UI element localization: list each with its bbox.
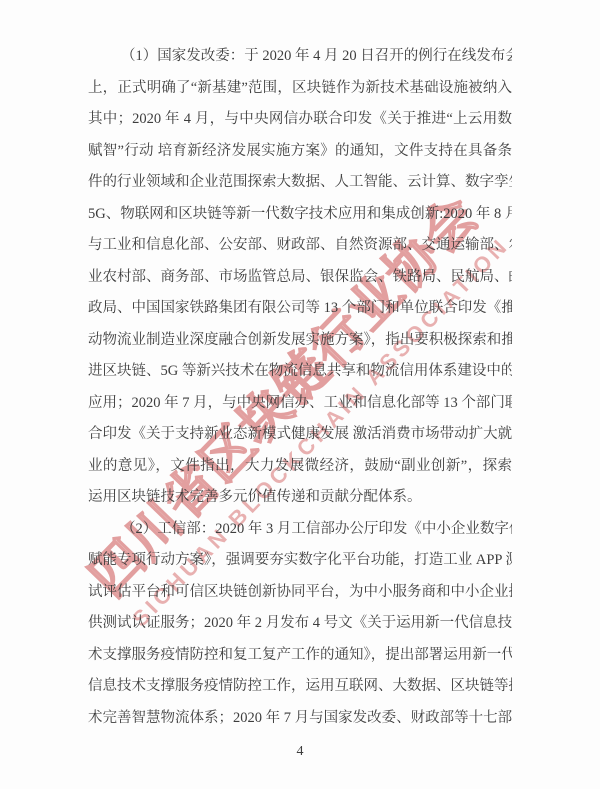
text-line: 应用；2020 年 7 月，与中央网信办、工业和信息化部等 13 个部门联 (88, 388, 512, 420)
text-line: 供测试认证服务；2020 年 2 月发布 4 号文《关于运用新一代信息技 (88, 608, 512, 640)
text-line: 术支撑服务疫情防控和复工复产工作的通知》，提出部署运用新一代 (88, 640, 512, 672)
text-line: 运用区块链技术完善多元价值传递和贡献分配体系。 (88, 482, 512, 514)
text-line: 动物流业制造业深度融合创新发展实施方案》，指出要积极探索和推 (88, 325, 512, 357)
text-line: （1）国家发改委：于 2020 年 4 月 20 日召开的例行在线发布会 (88, 41, 512, 73)
document-page: 四川省区块链行业协会 SICHUAN BLOCKCHAIN ASSOCIATIO… (0, 0, 600, 789)
text-line: 政局、中国国家铁路集团有限公司等 13 个部门和单位联合印发《推 (88, 293, 512, 325)
text-line: （2）工信部：2020 年 3 月工信部办公厅印发《中小企业数字化 (88, 514, 512, 546)
text-line: 进区块链、5G 等新兴技术在物流信息共享和物流信用体系建设中的 (88, 356, 512, 388)
text-line: 合印发《关于支持新业态新模式健康发展 激活消费市场带动扩大就 (88, 419, 512, 451)
text-line: 信息技术支撑服务疫情防控工作，运用互联网、大数据、区块链等技 (88, 671, 512, 703)
text-line: 业农村部、商务部、市场监管总局、银保监会、铁路局、民航局、邮 (88, 262, 512, 294)
text-line: 与工业和信息化部、公安部、财政部、自然资源部、交通运输部、农 (88, 230, 512, 262)
text-line: 术完善智慧物流体系；2020 年 7 月与国家发改委、财政部等十七部 (88, 703, 512, 735)
text-line: 试评估平台和可信区块链创新协同平台，为中小服务商和中小企业提 (88, 577, 512, 609)
text-line: 赋能专项行动方案》，强调要夯实数字化平台功能，打造工业 APP 测 (88, 545, 512, 577)
text-line: 上，正式明确了“新基建”范围，区块链作为新技术基础设施被纳入 (88, 73, 512, 105)
text-line: 件的行业领域和企业范围探索大数据、人工智能、云计算、数字孪生、 (88, 167, 512, 199)
page-number: 4 (0, 744, 600, 760)
text-line: 其中；2020 年 4 月，与中央网信办联合印发《关于推进“上云用数 (88, 104, 512, 136)
text-line: 业的意见》，文件指出，大力发展微经济，鼓励“副业创新”，探索 (88, 451, 512, 483)
document-body: （1）国家发改委：于 2020 年 4 月 20 日召开的例行在线发布会 上，正… (88, 41, 512, 734)
text-line: 赋智”行动 培育新经济发展实施方案》的通知，文件支持在具备条 (88, 136, 512, 168)
text-line: 5G、物联网和区块链等新一代数字技术应用和集成创新:2020 年 8 月， (88, 199, 512, 231)
